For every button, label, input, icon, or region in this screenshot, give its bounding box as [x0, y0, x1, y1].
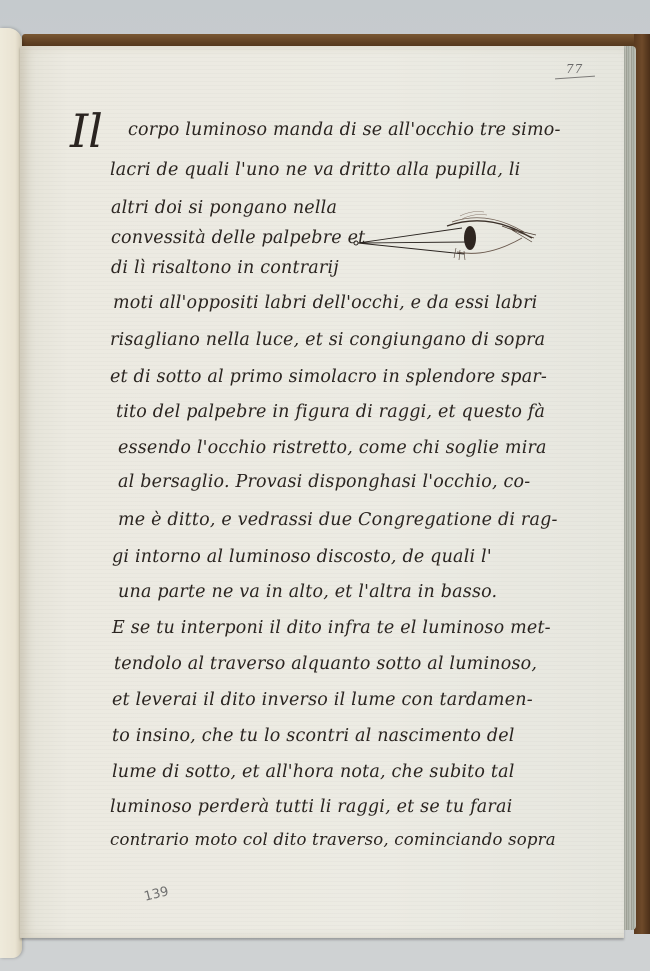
text-line: E se tu interponi il dito infra te el lu… [112, 618, 551, 638]
leather-binding-right [634, 34, 650, 934]
text-line: me è ditto, e vedrassi due Congregatione… [118, 510, 558, 530]
text-line: et di sotto al primo simolacro in splend… [110, 367, 547, 387]
text-line: lacri de quali l'uno ne va dritto alla p… [110, 160, 520, 180]
decorated-initial: Il [70, 108, 103, 154]
text-line: lume di sotto, et all'hora nota, che sub… [112, 762, 515, 782]
page-edges [622, 46, 636, 930]
text-line: una parte ne va in alto, et l'altra in b… [118, 582, 497, 602]
text-line: tito del palpebre in figura di raggi, et… [116, 402, 545, 422]
text-line: corpo luminoso manda di se all'occhio tr… [128, 120, 561, 140]
text-line: to insino, che tu lo scontri al nascimen… [112, 726, 515, 746]
text-line: di lì risaltono in contrarij [111, 258, 339, 278]
eye-diagram-icon [352, 208, 537, 268]
text-line: al bersaglio. Provasi disponghasi l'occh… [118, 472, 530, 492]
text-line: et leverai il dito inverso il lume con t… [112, 690, 533, 710]
text-line: risagliano nella luce, et si congiungano… [110, 330, 545, 350]
text-line: contrario moto col dito traverso, cominc… [110, 830, 556, 849]
text-line: altri doi si pongano nella [111, 198, 337, 218]
text-line: essendo l'occhio ristretto, come chi sog… [118, 438, 547, 458]
text-line: convessità delle palpebre et [111, 228, 365, 248]
text-line: moti all'oppositi labri dell'occhi, e da… [113, 293, 537, 313]
text-line: tendolo al traverso alquanto sotto al lu… [114, 654, 537, 674]
facing-page-edge [0, 28, 22, 958]
page-number: 77 [566, 62, 583, 76]
text-line: gi intorno al luminoso discosto, de qual… [112, 547, 492, 567]
text-line: luminoso perderà tutti li raggi, et se t… [110, 797, 512, 817]
